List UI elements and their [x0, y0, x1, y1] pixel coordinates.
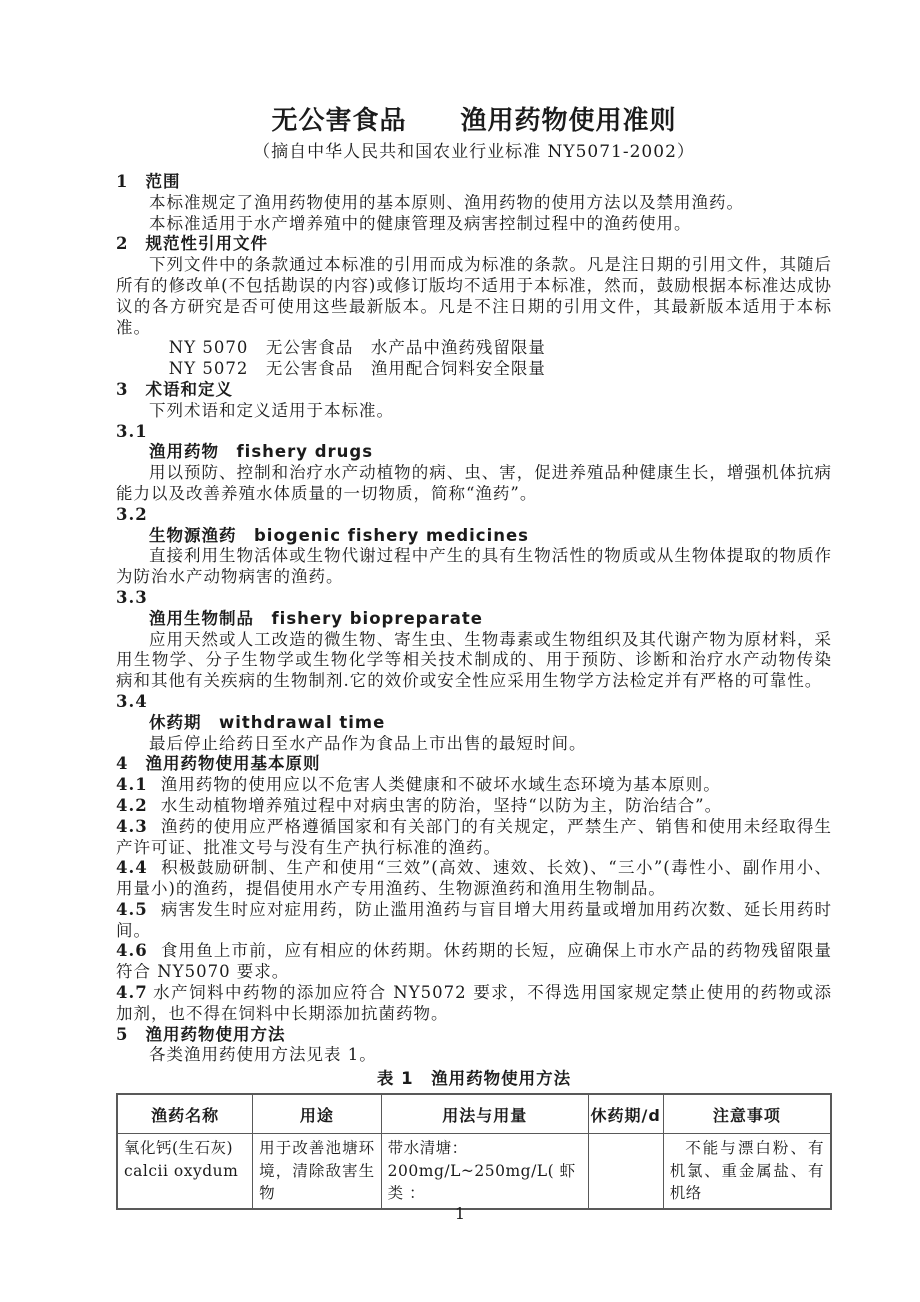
term-3-3-number: 3.3 — [116, 588, 832, 609]
clause-4-1-text: 渔用药物的使用应以不危害人类健康和不破坏水域生态环境为基本原则。 — [161, 775, 721, 794]
clause-4-4-text: 积极鼓励研制、生产和使用“三效”(高效、速效、长效)、“三小”(毒性小、副作用小… — [116, 858, 832, 898]
drug-name-chinese: 氧化钙(生石灰) — [124, 1137, 246, 1160]
section-5-paragraph-1: 各类渔用药使用方法见表 1。 — [116, 1045, 832, 1066]
document-content: 无公害食品 渔用药物使用准则 （摘自中华人民共和国农业行业标准 NY5071-2… — [116, 104, 832, 1210]
section-2-heading: 2规范性引用文件 — [116, 234, 832, 255]
term-3-2-definition: 直接利用生物活体或生物代谢过程中产生的具有生物活性的物质或从生物体提取的物质作为… — [116, 546, 832, 588]
section-1-heading: 1范围 — [116, 172, 832, 193]
table-1-caption: 表 1 渔用药物使用方法 — [116, 1068, 832, 1090]
clause-4-6-text: 食用鱼上市前，应有相应的休药期。休药期的长短，应确保上市水产品的药物残留限量符合… — [116, 941, 832, 981]
term-3-1-definition: 用以预防、控制和治疗水产动植物的病、虫、害，促进养殖品种健康生长，增强机体抗病能… — [116, 463, 832, 505]
section-1-number: 1 — [116, 172, 128, 191]
col-header-withdrawal-days: 休药期/d — [588, 1094, 663, 1134]
term-3-2-number: 3.2 — [116, 505, 832, 526]
dosage-line-1: 带水清塘： — [388, 1137, 582, 1160]
section-2-title: 规范性引用文件 — [145, 234, 268, 253]
col-header-precautions: 注意事项 — [663, 1094, 831, 1134]
table-1-drug-usage: 渔药名称 用途 用法与用量 休药期/d 注意事项 氧化钙(生石灰) calcii… — [116, 1093, 832, 1210]
section-1-paragraph-1: 本标准规定了渔用药物使用的基本原则、渔用药物的使用方法以及禁用渔药。 — [116, 193, 832, 214]
clause-4-5-text: 病害发生时应对症用药，防止滥用渔药与盲目增大用药量或增加用药次数、延长用药时间。 — [116, 900, 832, 940]
cell-purpose: 用于改善池塘环境，清除敌害生物 — [253, 1134, 382, 1209]
col-header-usage-dosage: 用法与用量 — [381, 1094, 588, 1134]
clause-4-5: 4.5病害发生时应对症用药，防止滥用渔药与盲目增大用药量或增加用药次数、延长用药… — [116, 900, 832, 942]
clause-4-1: 4.1渔用药物的使用应以不危害人类健康和不破坏水域生态环境为基本原则。 — [116, 775, 832, 796]
clause-4-3-number: 4.3 — [116, 817, 148, 836]
section-2-number: 2 — [116, 234, 128, 253]
clause-4-7-number: 4.7 — [116, 983, 148, 1002]
section-3-title: 术语和定义 — [145, 380, 233, 399]
clause-4-4: 4.4积极鼓励研制、生产和使用“三效”(高效、速效、长效)、“三小”(毒性小、副… — [116, 858, 832, 900]
section-5-title: 渔用药物使用方法 — [145, 1025, 285, 1044]
term-3-2-name: 生物源渔药 biogenic fishery medicines — [149, 526, 832, 547]
cell-usage-dosage: 带水清塘： 200mg/L~250mg/L( 虾 类 ： — [381, 1134, 588, 1209]
table-row: 氧化钙(生石灰) calcii oxydum 用于改善池塘环境，清除敌害生物 带… — [117, 1134, 831, 1209]
section-3-number: 3 — [116, 380, 128, 399]
clause-4-1-number: 4.1 — [116, 775, 148, 794]
term-3-4-number: 3.4 — [116, 692, 832, 713]
clause-4-2-number: 4.2 — [116, 796, 148, 815]
section-3-heading: 3术语和定义 — [116, 380, 832, 401]
section-1-title: 范围 — [145, 172, 180, 191]
section-5-number: 5 — [116, 1025, 128, 1044]
document-page: 无公害食品 渔用药物使用准则 （摘自中华人民共和国农业行业标准 NY5071-2… — [0, 0, 920, 1302]
section-4-heading: 4渔用药物使用基本原则 — [116, 754, 832, 775]
cell-drug-name: 氧化钙(生石灰) calcii oxydum — [117, 1134, 253, 1209]
clause-4-6-number: 4.6 — [116, 941, 148, 960]
clause-4-7: 4.7水产饲料中药物的添加应符合 NY5072 要求，不得选用国家规定禁止使用的… — [116, 983, 832, 1025]
dosage-line-2: 200mg/L~250mg/L( 虾 类 ： — [388, 1160, 582, 1205]
term-3-4-name: 休药期 withdrawal time — [149, 713, 832, 734]
clause-4-2: 4.2水生动植物增养殖过程中对病虫害的防治，坚持“以防为主，防治结合”。 — [116, 796, 832, 817]
clause-4-3: 4.3渔药的使用应严格遵循国家和有关部门的有关规定，严禁生产、销售和使用未经取得… — [116, 817, 832, 859]
section-1-paragraph-2: 本标准适用于水产增养殖中的健康管理及病害控制过程中的渔药使用。 — [116, 214, 832, 235]
term-3-1-name: 渔用药物 fishery drugs — [149, 442, 832, 463]
col-header-drug-name: 渔药名称 — [117, 1094, 253, 1134]
section-3-intro: 下列术语和定义适用于本标准。 — [116, 401, 832, 422]
clause-4-7-text: 水产饲料中药物的添加应符合 NY5072 要求，不得选用国家规定禁止使用的药物或… — [116, 983, 832, 1023]
clause-4-6: 4.6食用鱼上市前，应有相应的休药期。休药期的长短，应确保上市水产品的药物残留限… — [116, 941, 832, 983]
term-3-3-name: 渔用生物制品 fishery biopreparate — [149, 609, 832, 630]
col-header-purpose: 用途 — [253, 1094, 382, 1134]
table-header-row: 渔药名称 用途 用法与用量 休药期/d 注意事项 — [117, 1094, 831, 1134]
term-3-4-definition: 最后停止给药日至水产品作为食品上市出售的最短时间。 — [116, 734, 832, 755]
page-number: 1 — [0, 1204, 920, 1224]
doc-subtitle: （摘自中华人民共和国农业行业标准 NY5071-2002） — [116, 140, 832, 164]
term-3-1-number: 3.1 — [116, 422, 832, 443]
section-4-title: 渔用药物使用基本原则 — [145, 754, 320, 773]
cell-withdrawal-days — [588, 1134, 663, 1209]
section-4-number: 4 — [116, 754, 128, 773]
drug-name-latin: calcii oxydum — [124, 1160, 246, 1183]
reference-ny5070: NY 5070 无公害食品 水产品中渔药残留限量 — [116, 338, 832, 359]
clause-4-4-number: 4.4 — [116, 858, 148, 877]
reference-ny5072: NY 5072 无公害食品 渔用配合饲料安全限量 — [116, 359, 832, 380]
term-3-3-definition: 应用天然或人工改造的微生物、寄生虫、生物毒素或生物组织及其代谢产物为原材料，采用… — [116, 630, 832, 692]
clause-4-3-text: 渔药的使用应严格遵循国家和有关部门的有关规定，严禁生产、销售和使用未经取得生产许… — [116, 817, 832, 857]
doc-title: 无公害食品 渔用药物使用准则 — [116, 104, 832, 138]
cell-precautions: 不能与漂白粉、有机氯、重金属盐、有机络 — [663, 1134, 831, 1209]
clause-4-2-text: 水生动植物增养殖过程中对病虫害的防治，坚持“以防为主，防治结合”。 — [161, 796, 722, 815]
clause-4-5-number: 4.5 — [116, 900, 148, 919]
section-5-heading: 5渔用药物使用方法 — [116, 1025, 832, 1046]
section-2-paragraph-1: 下列文件中的条款通过本标准的引用而成为标准的条款。凡是注日期的引用文件，其随后所… — [116, 255, 832, 338]
